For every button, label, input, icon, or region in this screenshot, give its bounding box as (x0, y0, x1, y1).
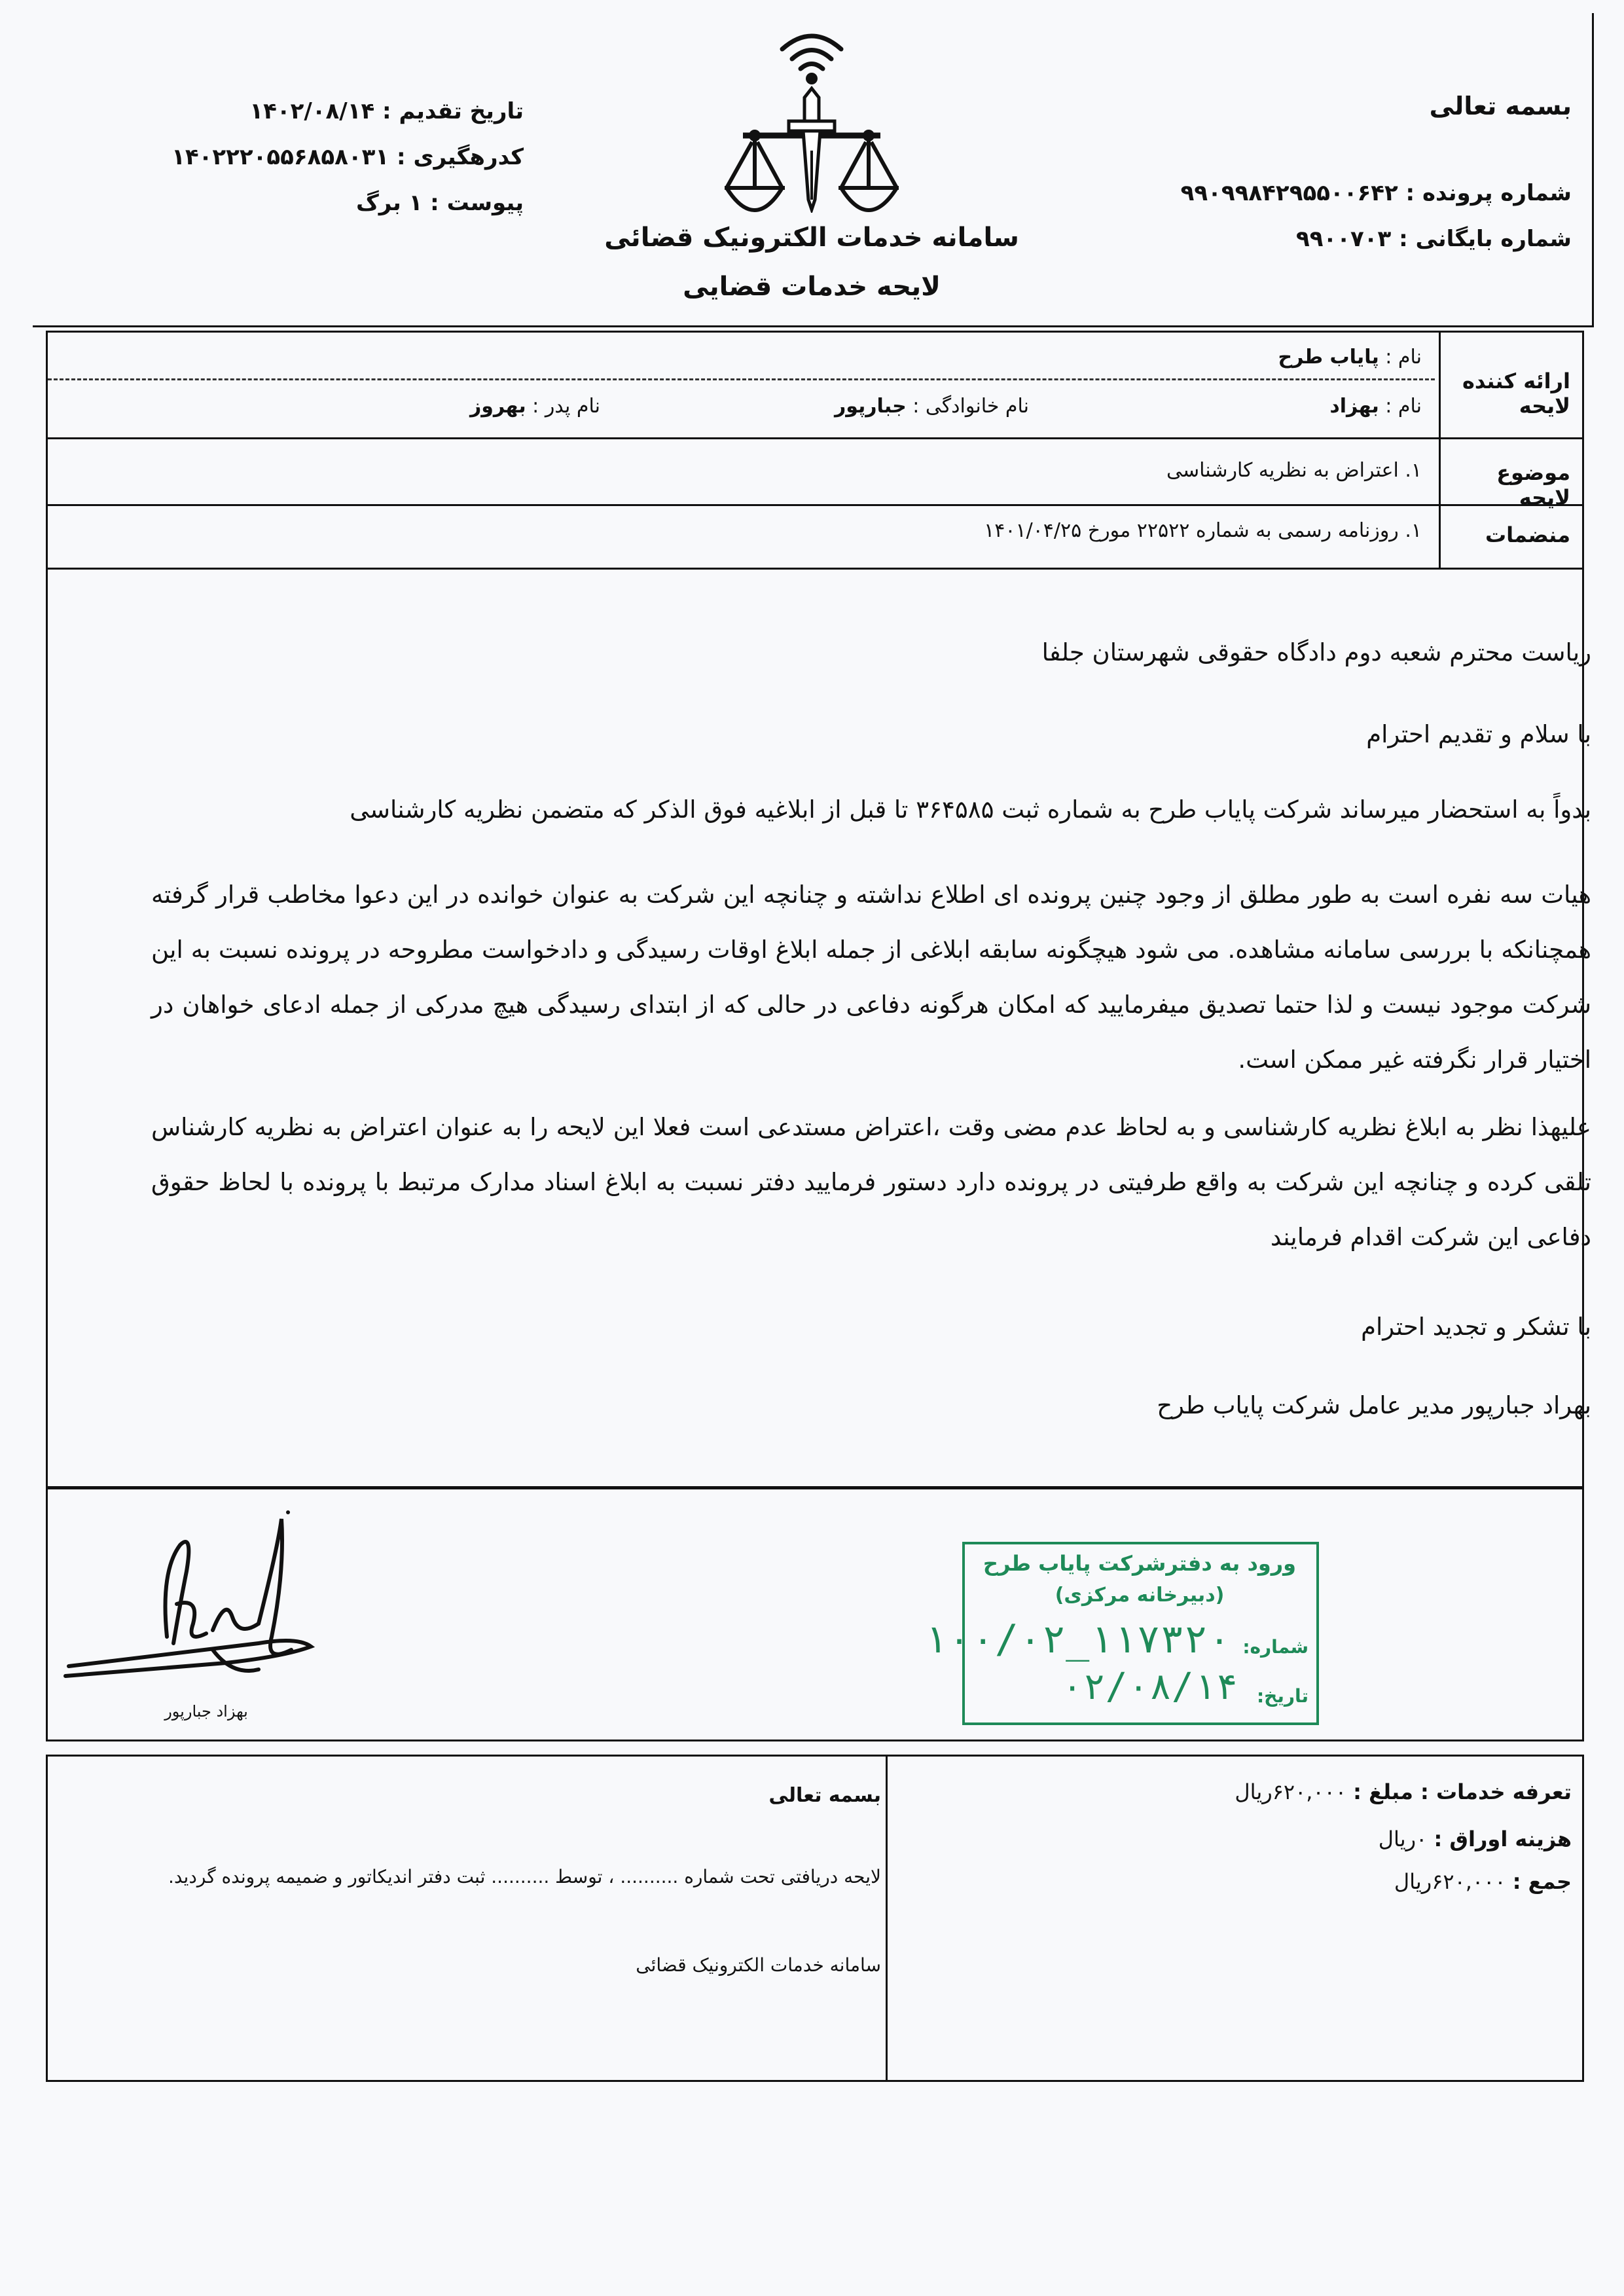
total-value: ۶۲۰,۰۰۰ریال (1394, 1869, 1506, 1894)
paper-cost: هزینه اوراق : ۰ریال (1379, 1827, 1572, 1851)
father-name: نام پدر : بهروز (470, 395, 600, 418)
addressee: ریاست محترم شعبه دوم دادگاه حقوقی شهرستا… (151, 625, 1591, 680)
attachment-label: پیوست : (430, 190, 524, 216)
attachment-value: ۱ برگ (356, 190, 422, 216)
case-number-label: شماره پرونده : (1406, 180, 1572, 206)
stamp-date-value: ۰۲/۰۸/۱۴ (1061, 1666, 1238, 1708)
total-label: جمع : (1513, 1869, 1572, 1894)
footer-bismillah: بسمه تعالی (768, 1784, 881, 1807)
archive-number: شماره بایگانی : ۹۹۰۰۷۰۳ (1296, 226, 1572, 252)
greeting: با سلام و تقدیم احترام (151, 707, 1591, 762)
attachments-label: منضمات (1439, 522, 1570, 547)
scales-of-justice-icon (723, 23, 900, 213)
signatory: بهراد جبارپور مدیر عامل شرکت پایاب طرح (151, 1378, 1591, 1433)
paragraph-3: علیهذا نظر به ابلاغ نظریه کارشناسی و به … (151, 1100, 1591, 1265)
stamp-number-label: شماره: (1242, 1636, 1308, 1658)
father-name-value: بهروز (470, 395, 526, 418)
system-title: سامانه خدمات الکترونیک قضائی (576, 223, 1047, 253)
closing: با تشکر و تجدید احترام (151, 1300, 1591, 1355)
dashed-separator (48, 378, 1435, 380)
tracking-code: کدرهگیری : ۱۴۰۲۲۲۰۵۵۶۸۵۸۰۳۱ (157, 144, 524, 170)
paragraph-2: هیات سه نفره است به طور مطلق از وجود چنی… (151, 867, 1591, 1087)
footer-system-name: سامانه خدمات الکترونیک قضائی (636, 1954, 881, 1976)
first-name-value: بهزاد (1329, 395, 1379, 418)
table-row-divider (48, 504, 1582, 506)
document-title: لایحه خدمات قضایی (576, 272, 1047, 302)
attachment-count: پیوست : ۱ برگ (157, 190, 524, 216)
service-fees: تعرفه خدمات : مبلغ : ۶۲۰,۰۰۰ریال (1235, 1779, 1572, 1804)
bismillah: بسمه تعالی (1430, 92, 1572, 120)
presenter-label: ارائه کننده لایحه (1439, 369, 1570, 418)
table-row-divider (48, 437, 1582, 439)
signature-icon (62, 1506, 337, 1689)
fees-label: تعرفه خدمات : مبلغ : (1353, 1779, 1572, 1804)
last-name-label: نام خانوادگی : (912, 395, 1029, 418)
father-name-label: نام پدر : (532, 395, 600, 418)
attachments-value: ۱. روزنامه رسمی به شماره ۲۲۵۲۲ مورخ ۱۴۰۱… (984, 519, 1422, 542)
receipt-statement: لایحه دریافتی تحت شماره .......... ، توس… (56, 1866, 881, 1887)
paragraph-1: بدواً به استحضار میرساند شرکت پایاب طرح … (151, 782, 1591, 837)
first-name-label: نام : (1385, 395, 1422, 418)
company-name-value: پایاب طرح (1278, 346, 1379, 369)
first-name: نام : بهزاد (1329, 395, 1422, 418)
total-cost: جمع : ۶۲۰,۰۰۰ریال (1394, 1869, 1572, 1894)
case-number: شماره پرونده : ۹۹۰۹۹۸۴۲۹۵۵۰۰۶۴۲ (1181, 180, 1572, 206)
signature-name: بهزاد جبارپور (157, 1702, 255, 1721)
submit-date-value: ۱۴۰۲/۰۸/۱۴ (249, 98, 374, 124)
company-name: نام : پایاب طرح (1278, 346, 1422, 369)
info-table: ارائه کننده لایحه نام : پایاب طرح نام : … (46, 331, 1584, 570)
case-number-value: ۹۹۰۹۹۸۴۲۹۵۵۰۰۶۴۲ (1181, 180, 1398, 206)
submit-date: تاریخ تقدیم : ۱۴۰۲/۰۸/۱۴ (157, 98, 524, 124)
subject-value: ۱. اعتراض به نظریه کارشناسی (1166, 459, 1422, 482)
paper-cost-value: ۰ریال (1379, 1827, 1428, 1851)
company-name-label: نام : (1385, 346, 1422, 369)
subject-label: موضوع لایحه (1439, 460, 1570, 510)
stamp-date-label: تاریخ: (1257, 1685, 1308, 1707)
fees-value: ۶۲۰,۰۰۰ریال (1235, 1779, 1346, 1804)
paper-cost-label: هزینه اوراق : (1434, 1827, 1572, 1851)
submit-date-label: تاریخ تقدیم : (382, 98, 524, 124)
last-name-value: جبارپور (835, 395, 907, 418)
footer-column-divider (886, 1757, 888, 2080)
archive-number-value: ۹۹۰۰۷۰۳ (1296, 226, 1391, 252)
stamp-subtitle: (دبیرخانه مرکزی) (973, 1584, 1307, 1607)
stamp-number-value: ۱۰۰/۰۲_۱۱۷۳۲۰ (924, 1616, 1231, 1662)
archive-number-label: شماره بایگانی : (1399, 226, 1572, 252)
last-name: نام خانوادگی : جبارپور (835, 395, 1029, 418)
office-entry-stamp: ورود به دفترشرکت پایاب طرح (دبیرخانه مرک… (962, 1542, 1319, 1725)
tracking-code-value: ۱۴۰۲۲۲۰۵۵۶۸۵۸۰۳۱ (171, 144, 389, 170)
tracking-code-label: کدرهگیری : (397, 144, 524, 170)
stamp-title: ورود به دفترشرکت پایاب طرح (973, 1551, 1307, 1576)
